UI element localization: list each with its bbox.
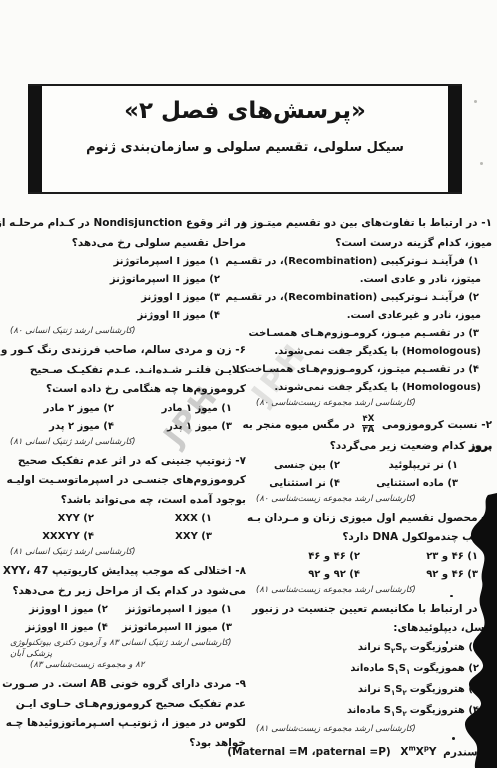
stem-post: در مگس میوه منجر به bbox=[243, 419, 355, 431]
option-text: میوز، نادر و غیرعادی است. bbox=[256, 307, 492, 325]
allele-subscript: ۲ bbox=[402, 647, 406, 655]
allele-formula: S۲S۲ bbox=[384, 642, 407, 653]
question-text: ۲- نسبت کروموزومی ۴X۳A در مگس میوه منجر … bbox=[256, 413, 492, 437]
scan-speck bbox=[474, 100, 477, 103]
chromosome-ratio-fraction: ۴X۳A bbox=[362, 415, 374, 435]
option-text: ۱) میوز ۱ مادر bbox=[128, 400, 246, 418]
maternal-paternal-note: (Maternal =M ،paternal =P) bbox=[227, 746, 390, 758]
option: ۳) در تقسـیم میـوز، کرومـوزوم‌هـای همسـا… bbox=[256, 325, 492, 361]
allele-symbol: S bbox=[384, 684, 391, 695]
option-text: ۲) میوز I اووژنز bbox=[10, 601, 122, 619]
option-text: میتوز، نادر و عادی است. bbox=[256, 271, 492, 289]
question-6-stem: ۶- زن و مردی سالم، صاحب فرزندی رنگ کـور … bbox=[10, 341, 246, 400]
karyotype-formula: XmXpY bbox=[400, 746, 436, 758]
option-text: ۱) میوز I اسپرماتوژنز bbox=[122, 601, 246, 619]
option-text: ۳) در تقسـیم میـوز، کرومـوزوم‌هـای همسـا… bbox=[256, 325, 492, 343]
source-citation: (کارشناسی ارشد ژنتیک انسانی ۸۱) bbox=[10, 437, 246, 448]
option-tail: ماده‌اند bbox=[347, 705, 381, 716]
option-tail: ماده‌اند bbox=[350, 663, 384, 674]
question-text: لکوس در میوز I، ژنوتیـپ اسـپرماتوزوئیدها… bbox=[10, 714, 246, 734]
formula-y: Y bbox=[429, 746, 437, 758]
option-text: ۳) میوز ۱ پدر bbox=[128, 418, 246, 436]
question-text: خواهد بود؟ bbox=[10, 734, 246, 754]
question-6: ۶- زن و مردی سالم، صاحب فرزندی رنگ کـور … bbox=[10, 341, 246, 448]
allele-symbol: S bbox=[387, 663, 394, 674]
ink-blob bbox=[457, 493, 497, 768]
fraction-numerator: ۴X bbox=[362, 415, 374, 425]
option-text: ۱) XXX bbox=[128, 510, 246, 528]
option-text: ۲) ۴۶ و ۴۶ bbox=[256, 548, 374, 566]
option-text: ۳) ماده استثنایی bbox=[374, 475, 492, 493]
header-right-bar bbox=[448, 86, 462, 192]
source-citation: (کارشناسی ارشد ژنتیک انسانی ۸۱) bbox=[10, 547, 246, 558]
question-text: میوز، کدام گزینه درست است؟ bbox=[256, 234, 492, 254]
allele-symbol: S bbox=[384, 642, 391, 653]
option: ۴) در تقسـیم میتـوز، کرومـوزوم‌هـای همسـ… bbox=[256, 361, 492, 397]
formula-sup-m: m bbox=[408, 745, 415, 753]
option-text: ۲) میوز II اسپرماتوژنز bbox=[10, 271, 246, 289]
question-5-continued: در اثر وقوع Nondisjunction در کـدام مرحل… bbox=[10, 214, 246, 337]
question-7-stem: ۷- ژنوتیپ جنینی که در اثر عدم تفکیک صحیح… bbox=[10, 452, 246, 511]
stem-pre: ۲- نسبت کروموزومی bbox=[382, 419, 492, 431]
option-tail: نراند bbox=[358, 642, 381, 653]
allele-subscript: ۲ bbox=[402, 710, 406, 718]
question-text: کلایـن فلتـر شـده‌انـد. عـدم تفکیـک صـحی… bbox=[10, 361, 246, 381]
formula-x: X bbox=[416, 746, 424, 758]
question-text: ۹- مردی دارای گروه خونی AB است. در صـورت bbox=[10, 675, 246, 695]
chapter-subtitle: سیکل سلولی، تقسیم سلولی و سازمان‌بندی ژن… bbox=[86, 140, 404, 155]
option: ۲) فرآینـد نـوترکیبی (Recombination)، در… bbox=[256, 289, 492, 325]
allele-symbol: S bbox=[399, 663, 406, 674]
question-8-options: ۱) میوز I اسپرماتوژنز ۲) میوز I اووژنز ۳… bbox=[10, 601, 246, 637]
question-text: بوجود آمده است، چه می‌تواند باشد؟ bbox=[10, 491, 246, 511]
option: ۱) فرآینـد نـوترکیبی (Recombination)، در… bbox=[256, 253, 492, 289]
allele-subscript: ۲ bbox=[402, 689, 406, 697]
allele-formula: S۱S۲ bbox=[384, 705, 407, 716]
citation-line: ۸۲ و مجموعه زیست‌شناسی ۸۳) bbox=[10, 660, 246, 671]
question-9: ۹- مردی دارای گروه خونی AB است. در صـورت… bbox=[10, 675, 246, 753]
allele-symbol: S bbox=[384, 705, 391, 716]
source-citation: (کارشناسی ارشد ژنتیک انسانی ۸۰) bbox=[10, 326, 246, 337]
fraction-denominator: ۳A bbox=[362, 425, 374, 436]
question-text: مراحل تقسیم سلولی رخ می‌دهد؟ bbox=[10, 234, 246, 254]
option-tail: نراند bbox=[358, 684, 381, 695]
question-8: ۸- اختلالی که موجب پیدایش کاریوتیپ XYY، … bbox=[10, 562, 246, 671]
header-left-bar bbox=[28, 86, 42, 192]
question-text: ۶- زن و مردی سالم، صاحب فرزندی رنگ کـور … bbox=[10, 341, 246, 361]
question-1: ۱- در ارتباط با تفاوت‌های بین دو تقسیم م… bbox=[256, 214, 492, 409]
question-7-options: ۱) XXX ۲) XYY ۳) XXY ۴) XXXYY bbox=[10, 510, 246, 546]
question-1-options: ۱) فرآینـد نـوترکیبی (Recombination)، در… bbox=[256, 253, 492, 397]
scanned-book-page: «پرسش‌های فصل ۲» سیکل سلولی، تقسیم سلولی… bbox=[0, 0, 497, 768]
option-text: ۲) فرآینـد نـوترکیبی (Recombination)، در… bbox=[256, 289, 492, 307]
question-text: کروموزوم‌های جنسـی در اسپرماتوسـیت اولیـ… bbox=[10, 471, 246, 491]
question-text: کروموزوم‌ها چه هنگامی رخ داده است؟ bbox=[10, 380, 246, 400]
header-center: «پرسش‌های فصل ۲» سیکل سلولی، تقسیم سلولی… bbox=[42, 86, 448, 192]
question-7: ۷- ژنوتیپ جنینی که در اثر عدم تفکیک صحیح… bbox=[10, 452, 246, 559]
option-text: ۱) فرآینـد نـوترکیبی (Recombination)، در… bbox=[256, 253, 492, 271]
question-text: می‌شود در کدام یک از مراحل زیر رخ می‌دهد… bbox=[10, 582, 246, 602]
option-text: (Homologous) با یکدیگر جفت نمی‌شوند. bbox=[256, 343, 492, 361]
option-text: ۴) ۹۲ و ۹۲ bbox=[256, 566, 374, 584]
option-text: ۴) XXXYY bbox=[10, 528, 128, 546]
question-8-stem: ۸- اختلالی که موجب پیدایش کاریوتیپ XYY، … bbox=[10, 562, 246, 601]
question-2-stem: ۲- نسبت کروموزومی ۴X۳A در مگس میوه منجر … bbox=[256, 413, 492, 457]
question-2-options: ۱) نر تریپلوئید ۲) بین جنسی ۳) ماده استث… bbox=[256, 457, 492, 493]
citation-line: (کارشناسی ارشد ژنتیک انسانی ۸۳ و آزمون د… bbox=[10, 638, 246, 660]
scan-speck bbox=[480, 162, 483, 165]
option-text: ۴) نر استثنایی bbox=[256, 475, 374, 493]
allele-formula: S۱S۱ bbox=[387, 663, 410, 674]
question-1-stem: ۱- در ارتباط با تفاوت‌های بین دو تقسیم م… bbox=[256, 214, 492, 253]
chapter-header: «پرسش‌های فصل ۲» سیکل سلولی، تقسیم سلولی… bbox=[28, 84, 462, 194]
option-text: ۲) بین جنسی bbox=[256, 457, 374, 475]
option-text: ۲) XYY bbox=[10, 510, 128, 528]
question-text: کدام وضعیت زیر می‌گردد؟ bbox=[330, 440, 466, 452]
left-column: در اثر وقوع Nondisjunction در کـدام مرحل… bbox=[10, 214, 246, 757]
question-5-stem-continued: در اثر وقوع Nondisjunction در کـدام مرحل… bbox=[10, 214, 246, 253]
question-6-options: ۱) میوز ۱ مادر ۲) میوز ۲ مادر ۳) میوز ۱ … bbox=[10, 400, 246, 436]
question-text: بروز کدام وضعیت زیر می‌گردد؟ bbox=[256, 437, 492, 457]
question-text: ۷- ژنوتیپ جنینی که در اثر عدم تفکیک صحیح bbox=[10, 452, 246, 472]
option-text: ۱) نر تریپلوئید bbox=[374, 457, 492, 475]
question-text: در اثر وقوع Nondisjunction در کـدام مرحل… bbox=[10, 214, 246, 234]
option-text: ۱) میوز I اسپرماتوژنز bbox=[10, 253, 246, 271]
option-text: ۳) XXY bbox=[128, 528, 246, 546]
allele-subscript: ۱ bbox=[406, 668, 410, 676]
question-text: ۸- اختلالی که موجب پیدایش کاریوتیپ XYY، … bbox=[10, 562, 246, 582]
option-text: ۴) میوز ۲ پدر bbox=[10, 418, 128, 436]
allele-formula: S۱S۲ bbox=[384, 684, 407, 695]
option-text: ۳) میوز II اسپرماتوژنز bbox=[122, 619, 246, 637]
question-text: عدم تفکیک صحیح کروموزوم‌هـای حـاوی ایـن bbox=[10, 695, 246, 715]
option-text: ۴) میوز II اووژنز bbox=[10, 619, 122, 637]
option-text: ۴) در تقسـیم میتـوز، کرومـوزوم‌هـای همسـ… bbox=[256, 361, 492, 379]
question-text: ۱- در ارتباط با تفاوت‌های بین دو تقسیم م… bbox=[256, 214, 492, 234]
question-9-stem: ۹- مردی دارای گروه خونی AB است. در صـورت… bbox=[10, 675, 246, 753]
smudged-word: بروز bbox=[469, 440, 492, 452]
source-citation: (کارشناسی ارشد مجموعه زیست‌شناسی ۸۰) bbox=[256, 398, 492, 409]
option-text: ۲) میوز ۲ مادر bbox=[10, 400, 128, 418]
option-text: (Homologous) با یکدیگر جفت نمی‌شوند. bbox=[256, 379, 492, 397]
chapter-title: «پرسش‌های فصل ۲» bbox=[124, 98, 366, 124]
question-2: ۲- نسبت کروموزومی ۴X۳A در مگس میوه منجر … bbox=[256, 413, 492, 505]
source-citation: (کارشناسی ارشد ژنتیک انسانی ۸۳ و آزمون د… bbox=[10, 638, 246, 671]
option-text: ۳) میوز I اووژنز bbox=[10, 289, 246, 307]
option-text: ۴) میوز II اووژنز bbox=[10, 307, 246, 325]
question-5-options: ۱) میوز I اسپرماتوژنز ۲) میوز II اسپرمات… bbox=[10, 253, 246, 325]
